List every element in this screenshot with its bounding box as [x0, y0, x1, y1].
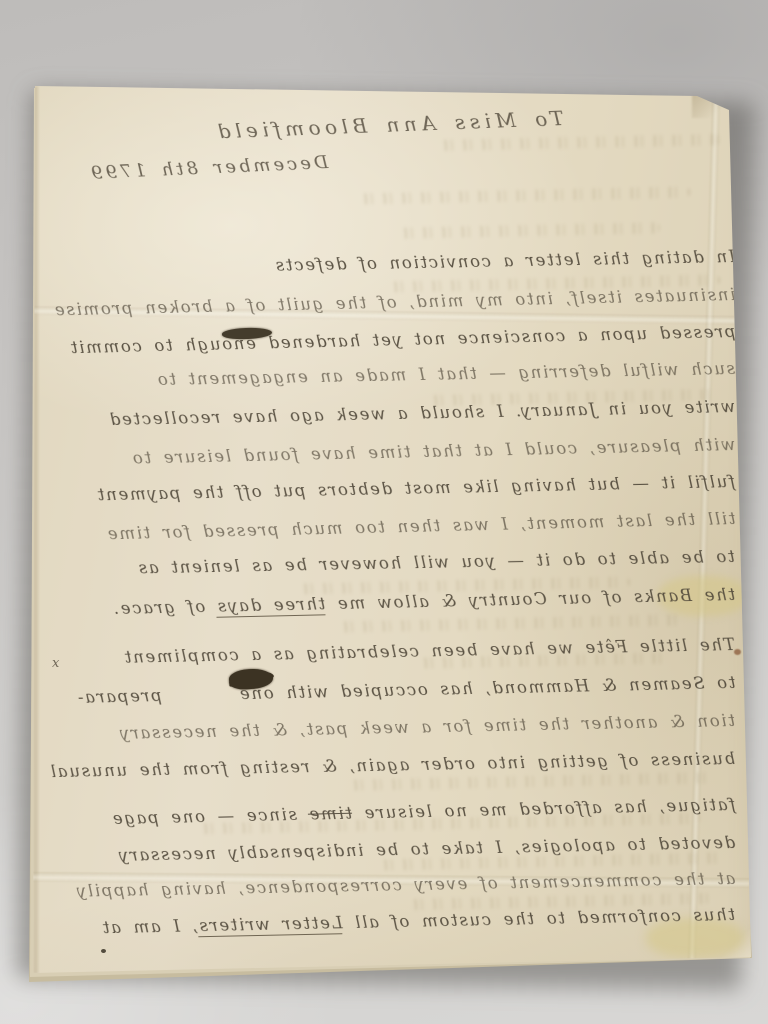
- mirrored-text: till the last moment, I was then too muc…: [106, 509, 736, 543]
- manuscript-line: fulfil it — but having like most debtors…: [96, 472, 735, 504]
- mirrored-text: fulfil it — but having like most debtors…: [96, 472, 735, 504]
- manuscript-line: write you in January. I should a week ag…: [108, 397, 735, 429]
- date-line: December 8th 1799: [88, 152, 329, 184]
- letter-page: To Miss Ann Bloomfield December 8th 1799…: [0, 0, 768, 1024]
- mirrored-text: such wilful deferring — that I made an e…: [156, 359, 735, 389]
- manuscript-line: In dating this letter a conviction of de…: [274, 247, 736, 275]
- manuscript-line: pressed upon a conscience not yet harden…: [69, 322, 736, 357]
- manuscript-line: such wilful deferring — that I made an e…: [156, 359, 735, 389]
- mirrored-text: write you in January. I should a week ag…: [108, 397, 735, 429]
- footnote-mark: x: [52, 656, 59, 671]
- ghost-text-line: [350, 772, 710, 791]
- manuscript-line: to be able to do it — you will however b…: [137, 547, 735, 577]
- underlined-phrase: three days: [216, 594, 326, 617]
- photo-scene: To Miss Ann Bloomfield December 8th 1799…: [0, 0, 768, 1024]
- manuscript-line: till the last moment, I was then too muc…: [106, 509, 736, 543]
- mirrored-text: pressed upon a conscience not yet harden…: [69, 322, 736, 357]
- underlined-phrase: Letter writers: [198, 913, 343, 937]
- paper-speck: [734, 649, 741, 655]
- ghost-text-line: [440, 134, 720, 151]
- ghost-text-line: [400, 222, 660, 238]
- ghost-text-line: [340, 614, 680, 632]
- mirrored-text: tion & another the time for a week past,…: [118, 711, 735, 743]
- struck-word: time: [307, 804, 352, 824]
- ghost-text-line: [360, 187, 690, 205]
- mirrored-text: to be able to do it — you will however b…: [137, 547, 735, 577]
- line-segment: , I am at: [101, 916, 198, 937]
- line-segment: of grace.: [112, 597, 216, 618]
- mirrored-text: In dating this letter a conviction of de…: [274, 247, 736, 275]
- mirrored-text: December 8th 1799: [88, 152, 329, 184]
- manuscript-line: tion & another the time for a week past,…: [118, 711, 735, 743]
- paper-speck: [101, 949, 106, 953]
- mirrored-text: with pleasure, could I at that time have…: [131, 435, 735, 468]
- manuscript-line: with pleasure, could I at that time have…: [131, 435, 735, 468]
- manuscript-line: to Seamen & Hammond, has occupied with o…: [76, 673, 736, 707]
- mirrored-text: to Seamen & Hammond, has occupied with o…: [76, 673, 736, 707]
